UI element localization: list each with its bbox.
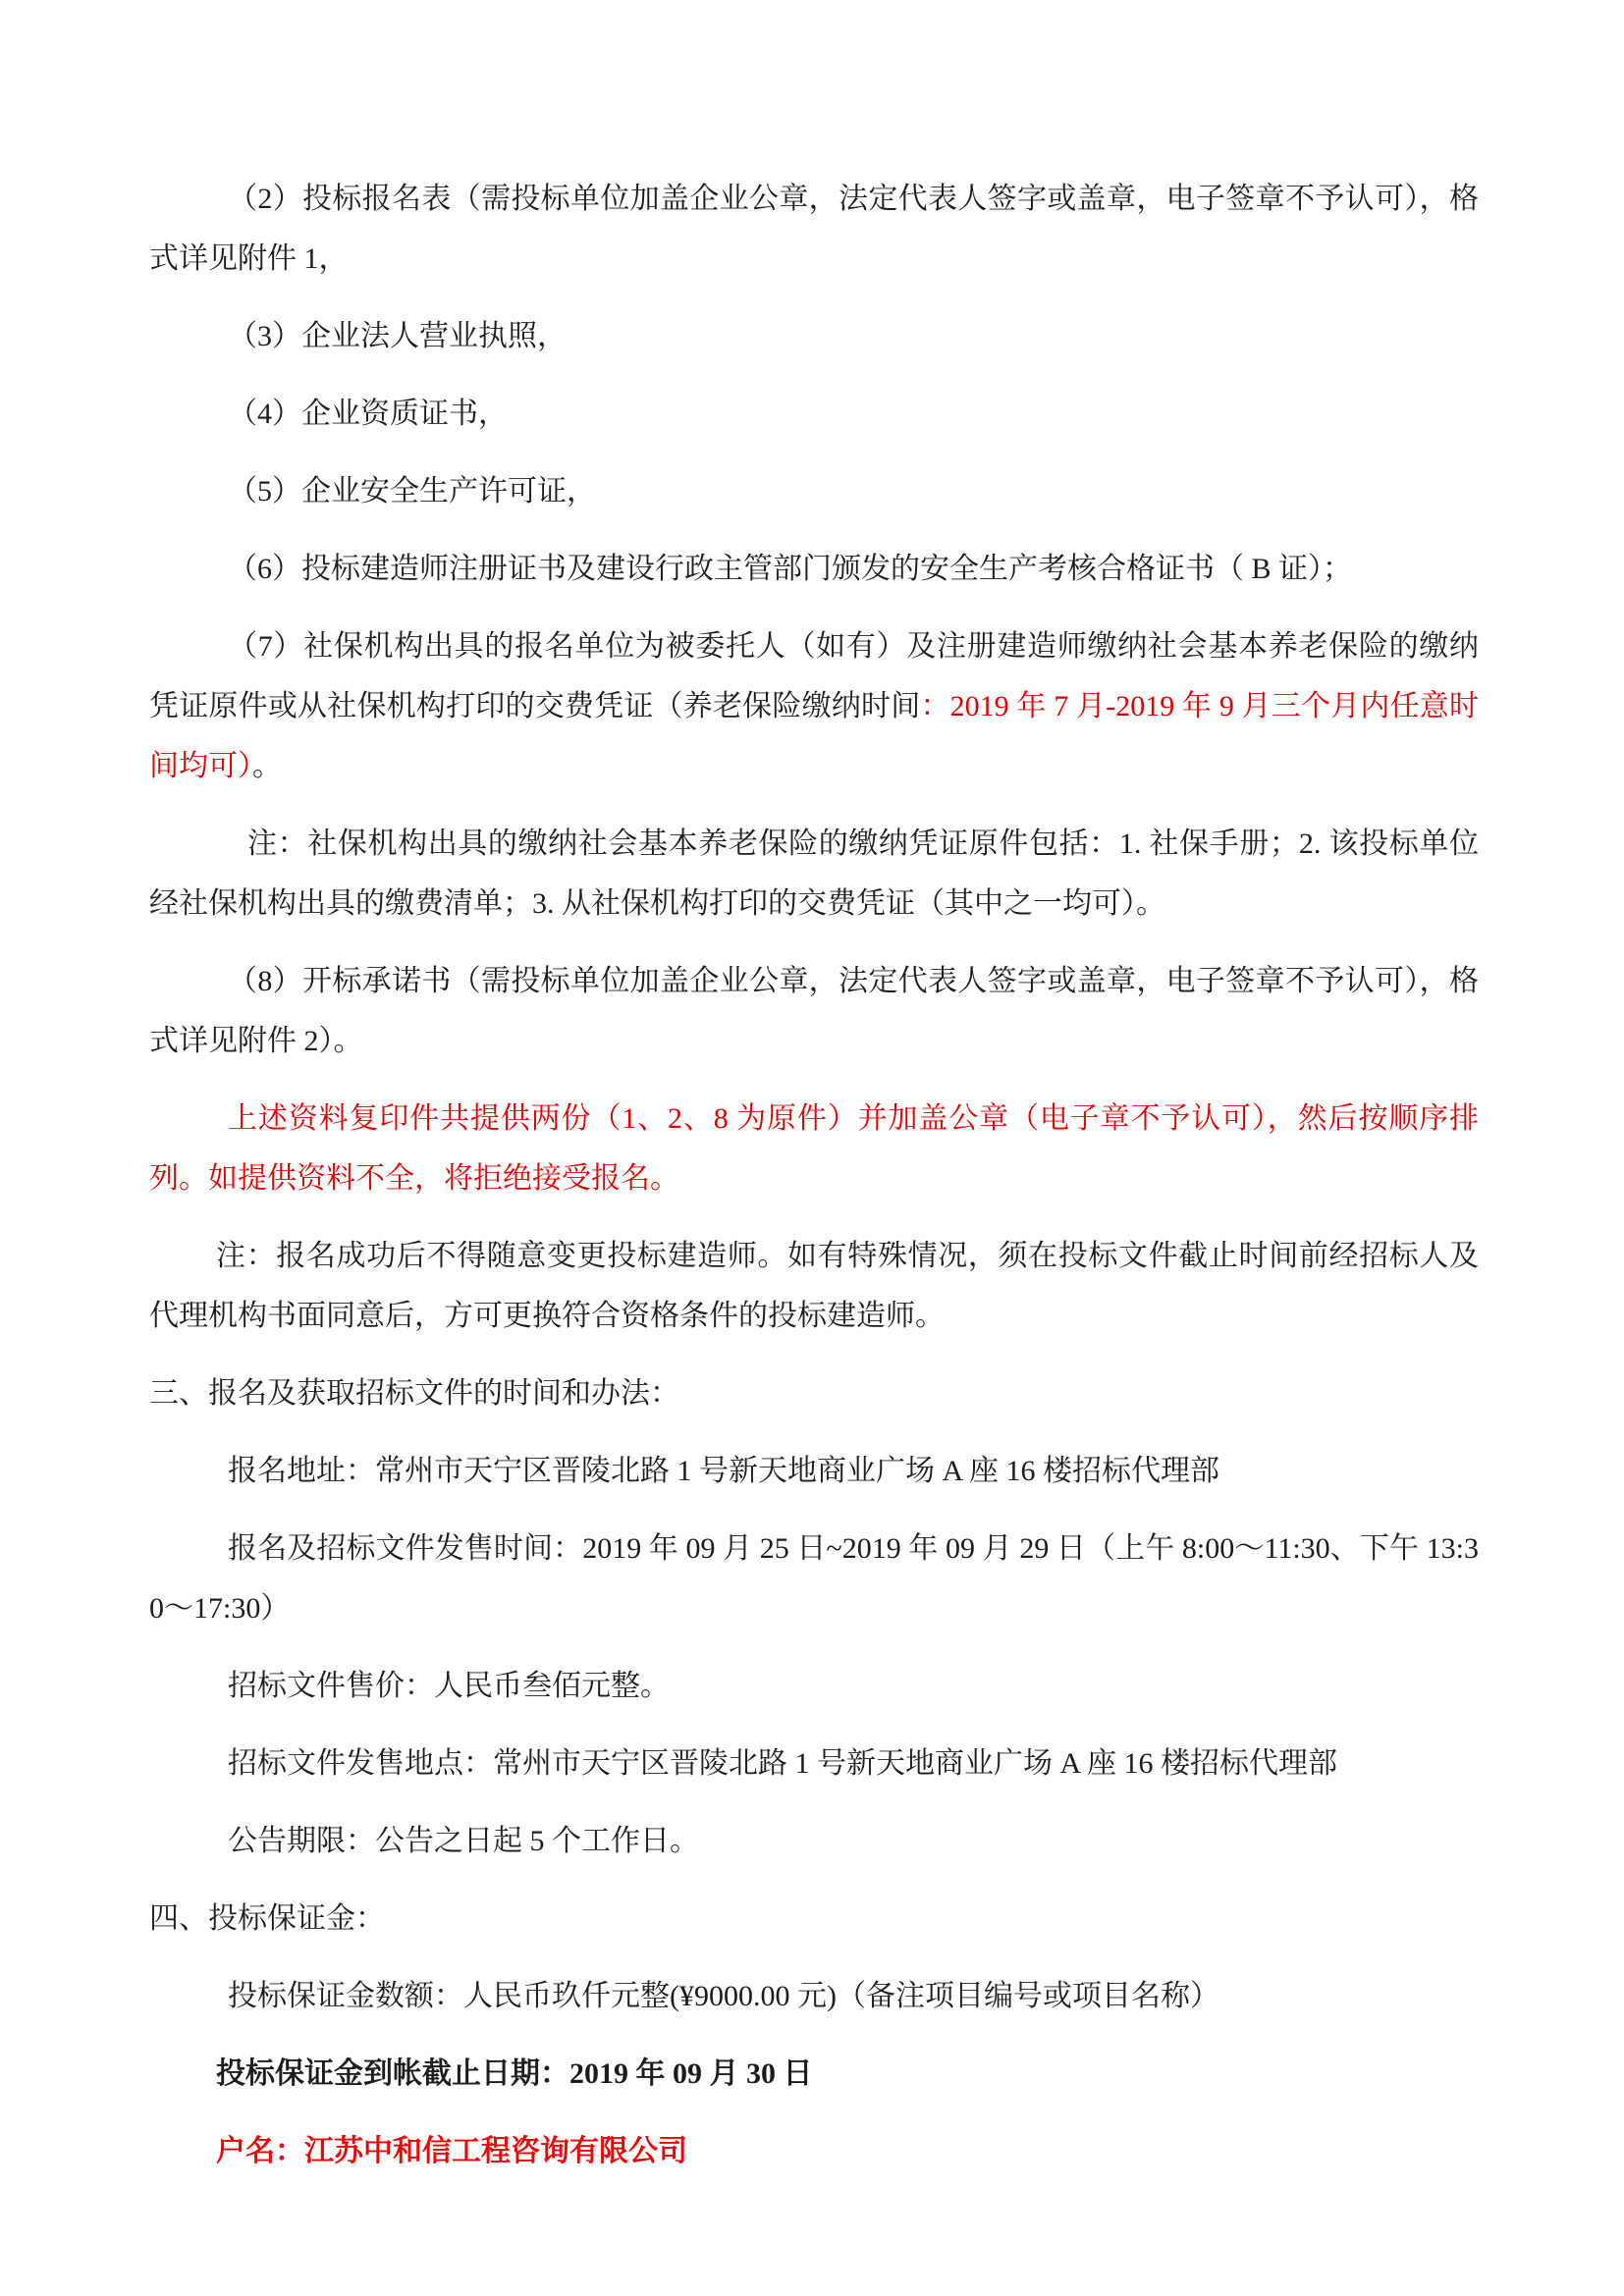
document-page: （2）投标报名表（需投标单位加盖企业公章，法定代表人签字或盖章，电子签章不予认可… (0, 0, 1624, 2238)
paragraph-note-builder-change-restriction: 注：报名成功后不得随意变更投标建造师。如有特殊情况，须在投标文件截止时间前经招标… (149, 1226, 1479, 1346)
text-run: 招标文件发售地点：常州市天宁区晋陵北路 1 号新天地商业广场 A 座 16 楼招… (228, 1747, 1337, 1780)
paragraph-document-sale-location: 招标文件发售地点：常州市天宁区晋陵北路 1 号新天地商业广场 A 座 16 楼招… (149, 1734, 1479, 1793)
text-run: （2）投标报名表（需投标单位加盖企业公章，法定代表人签字或盖章，电子签章不予认可… (149, 183, 1479, 275)
paragraph-announcement-period: 公告期限：公告之日起 5 个工作日。 (149, 1811, 1479, 1871)
text-run: 招标文件售价：人民币叁佰元整。 (228, 1670, 670, 1702)
paragraph-note-social-insurance-originals: 注：社保机构出具的缴纳社会基本养老保险的缴纳凭证原件包括：1. 社保手册；2. … (149, 814, 1479, 934)
paragraph-bid-deposit-amount: 投标保证金数额：人民币玖仟元整(¥9000.00 元)（备注项目编号或项目名称） (149, 1966, 1479, 2026)
paragraph-registration-and-sale-time: 报名及招标文件发售时间：2019 年 09 月 25 日~2019 年 09 月… (149, 1519, 1479, 1638)
text-run: 户名：江苏中和信工程咨询有限公司 (216, 2135, 687, 2167)
text-run: 公告期限：公告之日起 5 个工作日。 (228, 1825, 699, 1857)
paragraph-document-price: 招标文件售价：人民币叁佰元整。 (149, 1656, 1479, 1716)
paragraph-item-4-qualification-certificate: （4）企业资质证书， (149, 384, 1479, 444)
paragraph-section-3-heading: 三、报名及获取招标文件的时间和办法： (149, 1363, 1479, 1423)
text-run: 报名地址：常州市天宁区晋陵北路 1 号新天地商业广场 A 座 16 楼招标代理部 (228, 1455, 1219, 1487)
paragraph-item-8-bid-opening-commitment: （8）开标承诺书（需投标单位加盖企业公章，法定代表人签字或盖章，电子签章不予认可… (149, 951, 1479, 1071)
text-run: 三、报名及获取招标文件的时间和办法： (149, 1377, 679, 1410)
paragraph-item-3-business-license: （3）企业法人营业执照， (149, 306, 1479, 366)
paragraph-item-6-builder-certificates: （6）投标建造师注册证书及建设行政主管部门颁发的安全生产考核合格证书（ B 证）… (149, 539, 1479, 599)
text-run: 投标保证金数额：人民币玖仟元整(¥9000.00 元)（备注项目编号或项目名称） (228, 1980, 1219, 2012)
text-run: 注：社保机构出具的缴纳社会基本养老保险的缴纳凭证原件包括：1. 社保手册；2. … (149, 828, 1479, 920)
text-run: 注：报名成功后不得随意变更投标建造师。如有特殊情况，须在投标文件截止时间前经招标… (149, 1240, 1479, 1332)
paragraph-registration-address: 报名地址：常州市天宁区晋陵北路 1 号新天地商业广场 A 座 16 楼招标代理部 (149, 1441, 1479, 1501)
paragraph-section-4-heading: 四、投标保证金： (149, 1889, 1479, 1949)
text-run: （4）企业资质证书， (228, 398, 508, 430)
text-run: 。 (252, 750, 282, 782)
text-run: （5）企业安全生产许可证， (228, 475, 596, 507)
paragraph-item-7-social-insurance-voucher: （7）社保机构出具的报名单位为被委托人（如有）及注册建造师缴纳社会基本养老保险的… (149, 616, 1479, 796)
text-run: 投标保证金到帐截止日期：2019 年 09 月 30 日 (216, 2057, 813, 2090)
text-run: （6）投标建造师注册证书及建设行政主管部门颁发的安全生产考核合格证书（ B 证）… (228, 553, 1352, 585)
paragraph-bid-deposit-deadline: 投标保证金到帐截止日期：2019 年 09 月 30 日 (149, 2044, 1479, 2104)
paragraph-item-2-registration-form: （2）投标报名表（需投标单位加盖企业公章，法定代表人签字或盖章，电子签章不予认可… (149, 169, 1479, 289)
paragraph-notice-copies-required: 上述资料复印件共提供两份（1、2、8 为原件）并加盖公章（电子章不予认可），然后… (149, 1089, 1479, 1208)
text-run: 上述资料复印件共提供两份（1、2、8 为原件）并加盖公章（电子章不予认可），然后… (149, 1102, 1479, 1195)
text-run: （3）企业法人营业执照， (228, 320, 567, 352)
paragraph-account-name: 户名：江苏中和信工程咨询有限公司 (149, 2121, 1479, 2181)
paragraph-item-5-safety-production-license: （5）企业安全生产许可证， (149, 461, 1479, 521)
text-run: 报名及招标文件发售时间：2019 年 09 月 25 日~2019 年 09 月… (149, 1532, 1479, 1625)
text-run: 四、投标保证金： (149, 1902, 385, 1935)
text-run: （8）开标承诺书（需投标单位加盖企业公章，法定代表人签字或盖章，电子签章不予认可… (149, 965, 1479, 1057)
